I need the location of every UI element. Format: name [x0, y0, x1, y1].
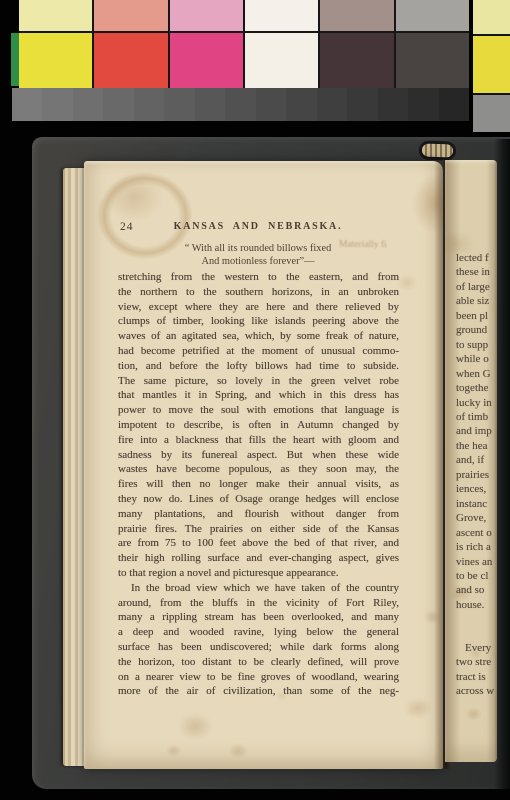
text-line-fragment: when G — [456, 367, 492, 381]
text-line-fragment: togethe — [456, 381, 492, 395]
text-line-fragment: tract is — [456, 670, 494, 684]
text-line: many plantations, and flourish without d… — [118, 507, 399, 522]
text-line: that mantles it in Spring, and which in … — [118, 388, 399, 403]
grayscale-strip — [12, 88, 469, 121]
text-line-fragment: two stre — [456, 655, 494, 669]
text-line-fragment: to supp — [456, 338, 492, 352]
grayscale-step — [439, 88, 469, 121]
color-patch — [473, 0, 510, 34]
text-line: clumps of timber, looking like islands p… — [118, 314, 399, 329]
green-strip — [11, 33, 19, 86]
text-line: fires will then no longer make their ann… — [118, 477, 399, 492]
text-line-fragment: been pl — [456, 309, 492, 323]
right-page-partial: lected fthese inof largeable sizbeen plg… — [445, 160, 497, 762]
text-line-fragment: able siz — [456, 294, 492, 308]
text-line-fragment: of timb — [456, 410, 492, 424]
color-patch — [243, 0, 318, 31]
text-line-fragment: instanc — [456, 497, 492, 511]
grayscale-step — [225, 88, 255, 121]
text-line-fragment: to be cl — [456, 569, 492, 583]
grayscale-step — [256, 88, 286, 121]
running-head: KANSAS AND NEBRASKA. — [118, 221, 398, 232]
text-line-fragment: Grove, — [456, 511, 492, 525]
text-line-fragment: while o — [456, 352, 492, 366]
text-line-fragment: and imp — [456, 424, 492, 438]
text-line-fragment: ground — [456, 323, 492, 337]
color-patch — [394, 0, 469, 31]
text-line: prairie fires. The prairies on either si… — [118, 522, 399, 537]
color-patch — [318, 33, 393, 88]
grayscale-step — [73, 88, 103, 121]
calibration-row-1 — [19, 0, 469, 31]
text-line: stretching from the western to the easte… — [118, 270, 399, 285]
text-line: wastes have become populous, as they soo… — [118, 462, 399, 477]
grayscale-step — [195, 88, 225, 121]
grayscale-step — [103, 88, 133, 121]
text-line: had become petrified at the moment of un… — [118, 344, 399, 359]
body-text: stretching from the western to the easte… — [118, 270, 399, 699]
text-line: view, except where they are here and the… — [118, 300, 399, 315]
text-line: In the broad view which we have taken of… — [118, 581, 399, 596]
text-line-fragment: ascent o — [456, 526, 492, 540]
text-line-fragment: across w — [456, 684, 494, 698]
grayscale-step — [378, 88, 408, 121]
text-line-fragment: the hea — [456, 439, 492, 453]
quote-line: And motionless forever”— — [118, 255, 398, 268]
page-header: 24 KANSAS AND NEBRASKA. — [118, 221, 398, 235]
text-line-fragment: lucky in — [456, 396, 492, 410]
text-line-fragment: Every — [456, 641, 494, 655]
calibration-right-piece — [473, 0, 510, 132]
text-line: waves of an agitated sea, which, by some… — [118, 329, 399, 344]
left-page: 24 KANSAS AND NEBRASKA. Materially fi “ … — [84, 161, 443, 769]
text-line: more of the air of civilization, than so… — [118, 684, 399, 699]
color-patch — [92, 33, 167, 88]
color-patch — [473, 93, 510, 132]
grayscale-step — [12, 88, 42, 121]
text-line: impotent to describe, is often in Autumn… — [118, 418, 399, 433]
grayscale-step — [286, 88, 316, 121]
text-line: The same picture, so lovely in the green… — [118, 374, 399, 389]
page-edges-left — [63, 168, 85, 766]
text-line: a deep and wooded ravine, lying below th… — [118, 625, 399, 640]
photo-stage: 24 KANSAS AND NEBRASKA. Materially fi “ … — [0, 0, 510, 800]
text-line-fragment: lected f — [456, 251, 492, 265]
text-line: fire into a blackness that fills the hea… — [118, 433, 399, 448]
text-line: to that region a novel and picturesque a… — [118, 566, 399, 581]
color-patch — [473, 34, 510, 93]
text-line: surface has been undiscovered; while dar… — [118, 640, 399, 655]
grayscale-step — [164, 88, 194, 121]
text-line: many a rippling stream has been overlook… — [118, 610, 399, 625]
text-line: tion, and before the lofty billows had t… — [118, 359, 399, 374]
color-patch — [394, 33, 469, 88]
text-line: on a nearer view to be fine groves of wo… — [118, 670, 399, 685]
grayscale-step — [42, 88, 72, 121]
text-line-fragment: and so — [456, 583, 492, 597]
grayscale-step — [347, 88, 377, 121]
color-patch — [19, 33, 92, 88]
grayscale-step — [408, 88, 438, 121]
grayscale-step — [134, 88, 164, 121]
text-line: the northern to the southern horizons, i… — [118, 285, 399, 300]
text-line: the horizon, too distant to be clearly d… — [118, 655, 399, 670]
text-line-fragment: these in — [456, 265, 492, 279]
text-line-fragment: iences, — [456, 482, 492, 496]
text-line-fragment: and, if — [456, 453, 492, 467]
right-page-text-block-2: Everytwo stretract isacross w — [456, 641, 494, 699]
text-line: sadness by its funereal aspect. But when… — [118, 448, 399, 463]
color-patch — [92, 0, 167, 31]
color-patch — [168, 33, 243, 88]
text-line: around, from the bluffs in the vicinity … — [118, 596, 399, 611]
text-line-fragment: prairies — [456, 468, 492, 482]
text-line: their high rolling surface and ever-chan… — [118, 551, 399, 566]
text-line-fragment: of large — [456, 280, 492, 294]
text-line-fragment: is rich a — [456, 540, 492, 554]
color-calibration-chart — [0, 0, 510, 134]
book-headband — [422, 143, 453, 157]
color-patch — [19, 0, 92, 31]
color-patch — [243, 33, 318, 88]
right-page-text-block-1: lected fthese inof largeable sizbeen plg… — [456, 251, 492, 612]
text-line-fragment: house. — [456, 598, 492, 612]
text-line-fragment: vines an — [456, 555, 492, 569]
epigraph: “ With all its rounded billows fixedAnd … — [118, 242, 398, 268]
color-patch — [168, 0, 243, 31]
text-line: are from 75 to 100 feet above the bed of… — [118, 536, 399, 551]
text-line: they now do. Lines of Osage orange hedge… — [118, 492, 399, 507]
text-line: power to move the soul with emotions tha… — [118, 403, 399, 418]
calibration-row-2 — [19, 31, 469, 88]
quote-line: “ With all its rounded billows fixed — [118, 242, 398, 255]
grayscale-step — [317, 88, 347, 121]
binding-edge — [494, 139, 510, 789]
color-patch — [318, 0, 393, 31]
